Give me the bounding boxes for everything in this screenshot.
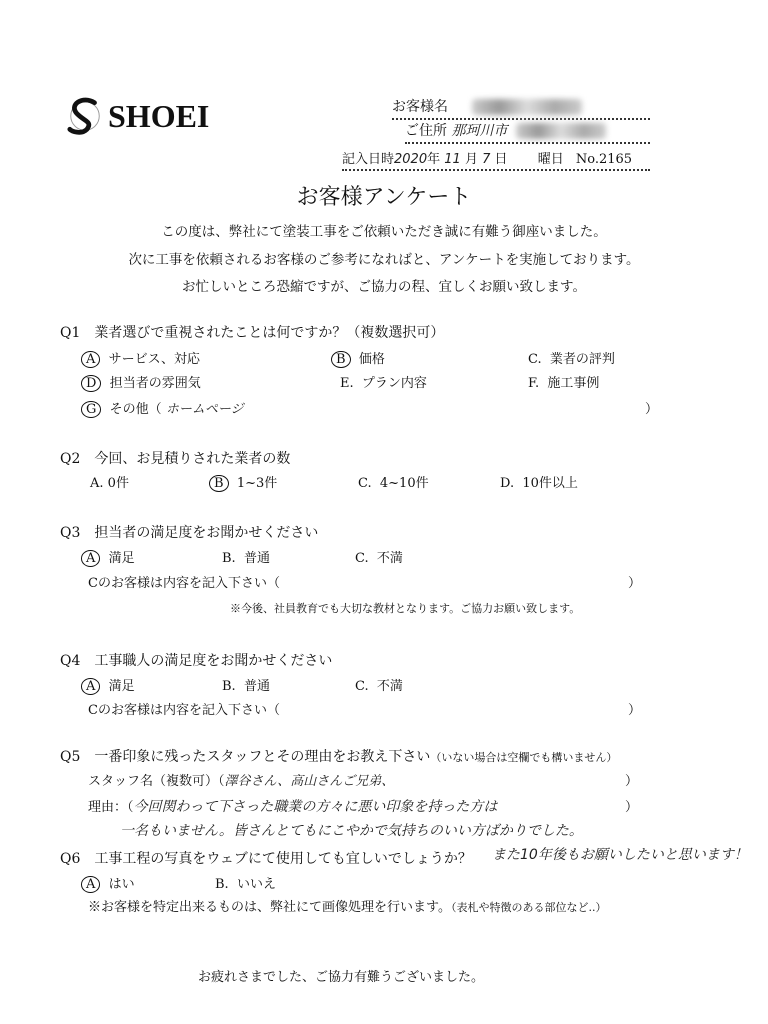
address-value: 那珂川市 xyxy=(451,123,507,139)
q1-option-a[interactable]: A サービス、対応 xyxy=(86,348,200,368)
q5-question-text: Q5 一番印象に残ったスタッフとその理由をお教え下さい xyxy=(60,749,430,765)
intro-line-1: この度は、弊社にて塗装工事をご依頼いただき誠に有難う御座いました。 xyxy=(0,220,768,240)
q3-question: Q3 担当者の満足度をお聞かせください xyxy=(60,522,318,542)
weekday-label: 曜日 xyxy=(538,152,564,167)
q1-question: Q1 業者選びで重視されたことは何ですか？（複数選択可） xyxy=(60,322,444,342)
option-label: 満足 xyxy=(109,551,135,566)
date-label: 記入日時 xyxy=(342,152,394,167)
q3-option-a[interactable]: A 満足 xyxy=(86,547,135,567)
option-label: その他（ xyxy=(110,402,162,417)
option-label: 担当者の雰囲気 xyxy=(110,376,201,391)
closing-message: お疲れさまでした、ご協力有難うございました。 xyxy=(198,966,484,985)
q6-option-a[interactable]: A はい xyxy=(86,873,135,893)
option-key: A. xyxy=(90,476,104,491)
q5-staff-answer[interactable]: 澤谷さん、高山さんご兄弟、 xyxy=(225,774,395,789)
option-label: サービス、対応 xyxy=(109,352,200,367)
q5-reason-close-paren: ） xyxy=(625,796,638,815)
option-label: はい xyxy=(109,877,135,892)
q5-reason-answer-line-2[interactable]: 一名もいません。皆さんとてもにこやかで気持ちのいい方ばかりでした。 xyxy=(120,820,583,840)
q5-staff-label: スタッフ名（複数可）（ xyxy=(88,774,225,789)
q4-question: Q4 工事職人の満足度をお聞かせください xyxy=(60,650,332,670)
q3-comment-label: Cのお客様は内容を記入下さい（ xyxy=(88,572,280,591)
option-label: 4~10件 xyxy=(380,476,429,491)
option-key: F. xyxy=(528,376,539,391)
company-logo: SHOEI xyxy=(66,96,209,136)
date-row: 記入日時2020年 11 月 7 日 曜日 No.2165 xyxy=(342,148,650,171)
selected-circle: B xyxy=(331,351,351,368)
customer-name-row: お客様名 xyxy=(392,96,650,120)
selected-circle: A xyxy=(81,678,100,695)
option-key: C. xyxy=(528,352,542,367)
selected-circle: B xyxy=(209,475,229,492)
option-label: 業者の評判 xyxy=(550,352,615,367)
option-key: B. xyxy=(222,551,236,566)
year-label: 年 xyxy=(427,152,440,167)
q5-staff-close-paren: ） xyxy=(625,770,638,789)
intro-line-2: 次に工事を依頼されるお客様のご参考になればと、アンケートを実施しております。 xyxy=(0,248,768,268)
q6-extra-comment: また10年後もお願いしたいと思います！ xyxy=(492,844,748,864)
option-label: 不満 xyxy=(377,679,403,694)
q1-option-e[interactable]: E. プラン内容 xyxy=(340,372,427,391)
q3-note: ※今後、社員教育でも大切な教材となります。ご協力お願い致します。 xyxy=(230,600,580,616)
customer-name-label: お客様名 xyxy=(392,99,448,115)
q5-question-note: （いない場合は空欄でも構いません） xyxy=(430,751,617,764)
q1-option-c[interactable]: C. 業者の評判 xyxy=(528,348,615,367)
option-label: 施工事例 xyxy=(547,376,599,391)
q1-option-g[interactable]: G その他（ ホームページ xyxy=(86,398,244,418)
form-number: No.2165 xyxy=(576,152,632,167)
q1-option-d[interactable]: D 担当者の雰囲気 xyxy=(86,372,201,392)
q4-close-paren: ） xyxy=(628,699,641,718)
option-label: プラン内容 xyxy=(362,376,427,391)
q4-option-a[interactable]: A 満足 xyxy=(86,675,135,695)
q1-close-paren: ） xyxy=(645,398,658,417)
address-row: ご住所 那珂川市 xyxy=(405,120,650,144)
selected-circle: D xyxy=(81,375,101,392)
q4-option-c[interactable]: C. 不満 xyxy=(355,675,403,694)
option-label: 10件以上 xyxy=(522,476,578,491)
selected-circle: A xyxy=(81,351,100,368)
date-day: 7 xyxy=(482,152,490,167)
date-month: 11 xyxy=(444,152,461,167)
month-label: 月 xyxy=(465,152,478,167)
option-label: 普通 xyxy=(244,679,270,694)
option-key: C. xyxy=(358,476,372,491)
q2-option-a[interactable]: A. 0件 xyxy=(90,472,129,491)
q1-option-b[interactable]: B 価格 xyxy=(336,348,385,368)
option-key: C. xyxy=(355,679,369,694)
q6-question: Q6 工事工程の写真をウェブにて使用しても宜しいでしょうか？ xyxy=(60,848,472,868)
option-label: 価格 xyxy=(359,352,385,367)
q3-close-paren: ） xyxy=(628,572,641,591)
q5-question: Q5 一番印象に残ったスタッフとその理由をお教え下さい（いない場合は空欄でも構い… xyxy=(60,746,617,766)
selected-circle: G xyxy=(81,401,101,418)
address-label: ご住所 xyxy=(405,123,447,139)
option-label: 1~3件 xyxy=(237,476,277,491)
address-blurred xyxy=(516,123,606,139)
q2-question: Q2 今回、お見積りされた業者の数 xyxy=(60,448,290,468)
q3-option-c[interactable]: C. 不満 xyxy=(355,547,403,566)
option-key: D. xyxy=(500,476,514,491)
selected-circle: A xyxy=(81,876,100,893)
option-label: 満足 xyxy=(109,679,135,694)
option-key: B. xyxy=(222,679,236,694)
q2-option-d[interactable]: D. 10件以上 xyxy=(500,472,578,491)
q5-staff-row: スタッフ名（複数可）（澤谷さん、高山さんご兄弟、 xyxy=(88,770,394,789)
q3-comment-input[interactable] xyxy=(300,572,620,588)
selected-circle: A xyxy=(81,550,100,567)
option-key: E. xyxy=(340,376,354,391)
date-year: 2020 xyxy=(394,152,427,167)
q6-note-text: ※お客様を特定出来るものは、弊社にて画像処理を行います。 xyxy=(88,900,451,915)
option-label: いいえ xyxy=(237,877,276,892)
option-key: C. xyxy=(355,551,369,566)
q4-option-b[interactable]: B. 普通 xyxy=(222,675,270,694)
q1-option-f[interactable]: F. 施工事例 xyxy=(528,372,599,391)
q6-option-b[interactable]: B. いいえ xyxy=(215,873,276,892)
intro-line-3: お忙しいところ恐縮ですが、ご協力の程、宜しくお願い致します。 xyxy=(0,275,768,295)
logo-text: SHOEI xyxy=(108,98,209,135)
page-title: お客様アンケート xyxy=(0,180,768,211)
q6-note-small: （表札や特徴のある部位など..） xyxy=(451,901,607,914)
day-label: 日 xyxy=(495,152,508,167)
option-label: 普通 xyxy=(244,551,270,566)
option-key: B. xyxy=(215,877,229,892)
customer-name-value xyxy=(472,99,582,115)
q4-comment-input[interactable] xyxy=(300,699,620,715)
q3-option-b[interactable]: B. 普通 xyxy=(222,547,270,566)
logo-swoosh-icon xyxy=(66,96,104,136)
q5-reason-answer-line-1[interactable]: 今回関わって下さった職業の方々に悪い印象を持った方は xyxy=(134,799,498,815)
q1-other-answer[interactable]: ホームページ xyxy=(166,402,244,417)
q4-comment-label: Cのお客様は内容を記入下さい（ xyxy=(88,699,280,718)
option-label: 0件 xyxy=(108,476,129,491)
option-label: 不満 xyxy=(377,551,403,566)
q5-reason-label: 理由：（ xyxy=(88,800,134,815)
q2-option-c[interactable]: C. 4~10件 xyxy=(358,472,429,491)
q5-reason-row: 理由：（今回関わって下さった職業の方々に悪い印象を持った方は xyxy=(88,796,497,816)
q2-option-b[interactable]: B 1~3件 xyxy=(214,472,277,492)
q6-note: ※お客様を特定出来るものは、弊社にて画像処理を行います。（表札や特徴のある部位な… xyxy=(88,896,606,915)
